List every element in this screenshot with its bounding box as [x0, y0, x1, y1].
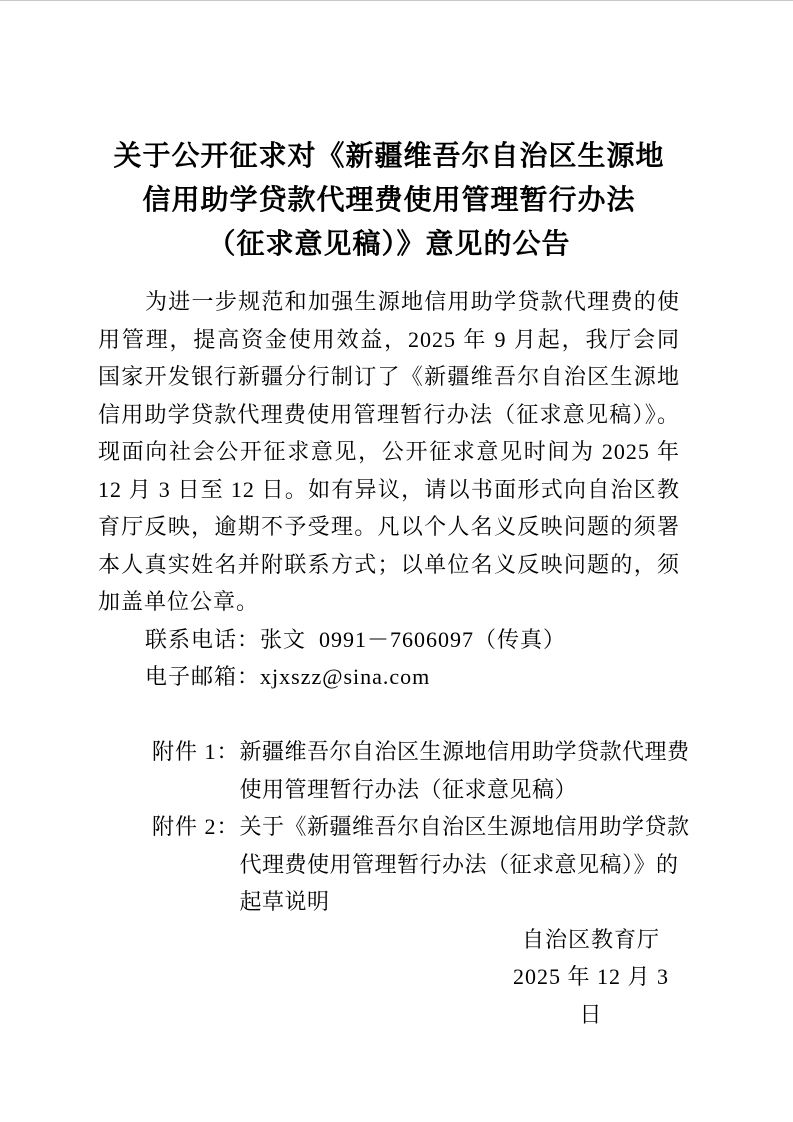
title-line-3: （征求意见稿）》意见的公告: [80, 223, 698, 267]
attachment-1-text: 新疆维吾尔自治区生源地信用助学贷款代理费使用管理暂行办法（征求意见稿）: [240, 733, 692, 808]
attachment-1-label: 附件 1：: [152, 733, 240, 808]
contact-email-value: xjxszz@sina.com: [260, 664, 430, 689]
attachment-item-2: 附件 2： 关于《新疆维吾尔自治区生源地信用助学贷款代理费使用管理暂行办法（征求…: [152, 808, 680, 921]
contact-phone-value: 张文 0991－7606097（传真）: [260, 627, 566, 652]
title-line-2: 信用助学贷款代理费使用管理暂行办法: [80, 179, 698, 223]
attachment-2-text: 关于《新疆维吾尔自治区生源地信用助学贷款代理费使用管理暂行办法（征求意见稿）》的…: [240, 808, 692, 921]
document-title: 关于公开征求对《新疆维吾尔自治区生源地 信用助学贷款代理费使用管理暂行办法 （征…: [80, 135, 698, 267]
contact-phone-line: 联系电话：张文 0991－7606097（传真）: [98, 621, 680, 659]
attachment-2-label: 附件 2：: [152, 808, 240, 921]
contact-email-line: 电子邮箱：xjxszz@sina.com: [98, 658, 680, 696]
document-page: 关于公开征求对《新疆维吾尔自治区生源地 信用助学贷款代理费使用管理暂行办法 （征…: [0, 0, 793, 1122]
attachments-list: 附件 1： 新疆维吾尔自治区生源地信用助学贷款代理费使用管理暂行办法（征求意见稿…: [98, 733, 680, 921]
body-paragraph: 为进一步规范和加强生源地信用助学贷款代理费的使用管理，提高资金使用效益，2025…: [98, 283, 680, 621]
signature-block: 自治区教育厅 2025 年 12 月 3 日: [505, 921, 677, 1034]
title-line-1: 关于公开征求对《新疆维吾尔自治区生源地: [80, 135, 698, 179]
contact-phone-label: 联系电话：: [145, 627, 260, 652]
signature-org: 自治区教育厅: [505, 921, 677, 959]
signature-date: 2025 年 12 月 3 日: [505, 958, 677, 1033]
attachment-item-1: 附件 1： 新疆维吾尔自治区生源地信用助学贷款代理费使用管理暂行办法（征求意见稿…: [152, 733, 680, 808]
contact-email-label: 电子邮箱：: [145, 664, 260, 689]
